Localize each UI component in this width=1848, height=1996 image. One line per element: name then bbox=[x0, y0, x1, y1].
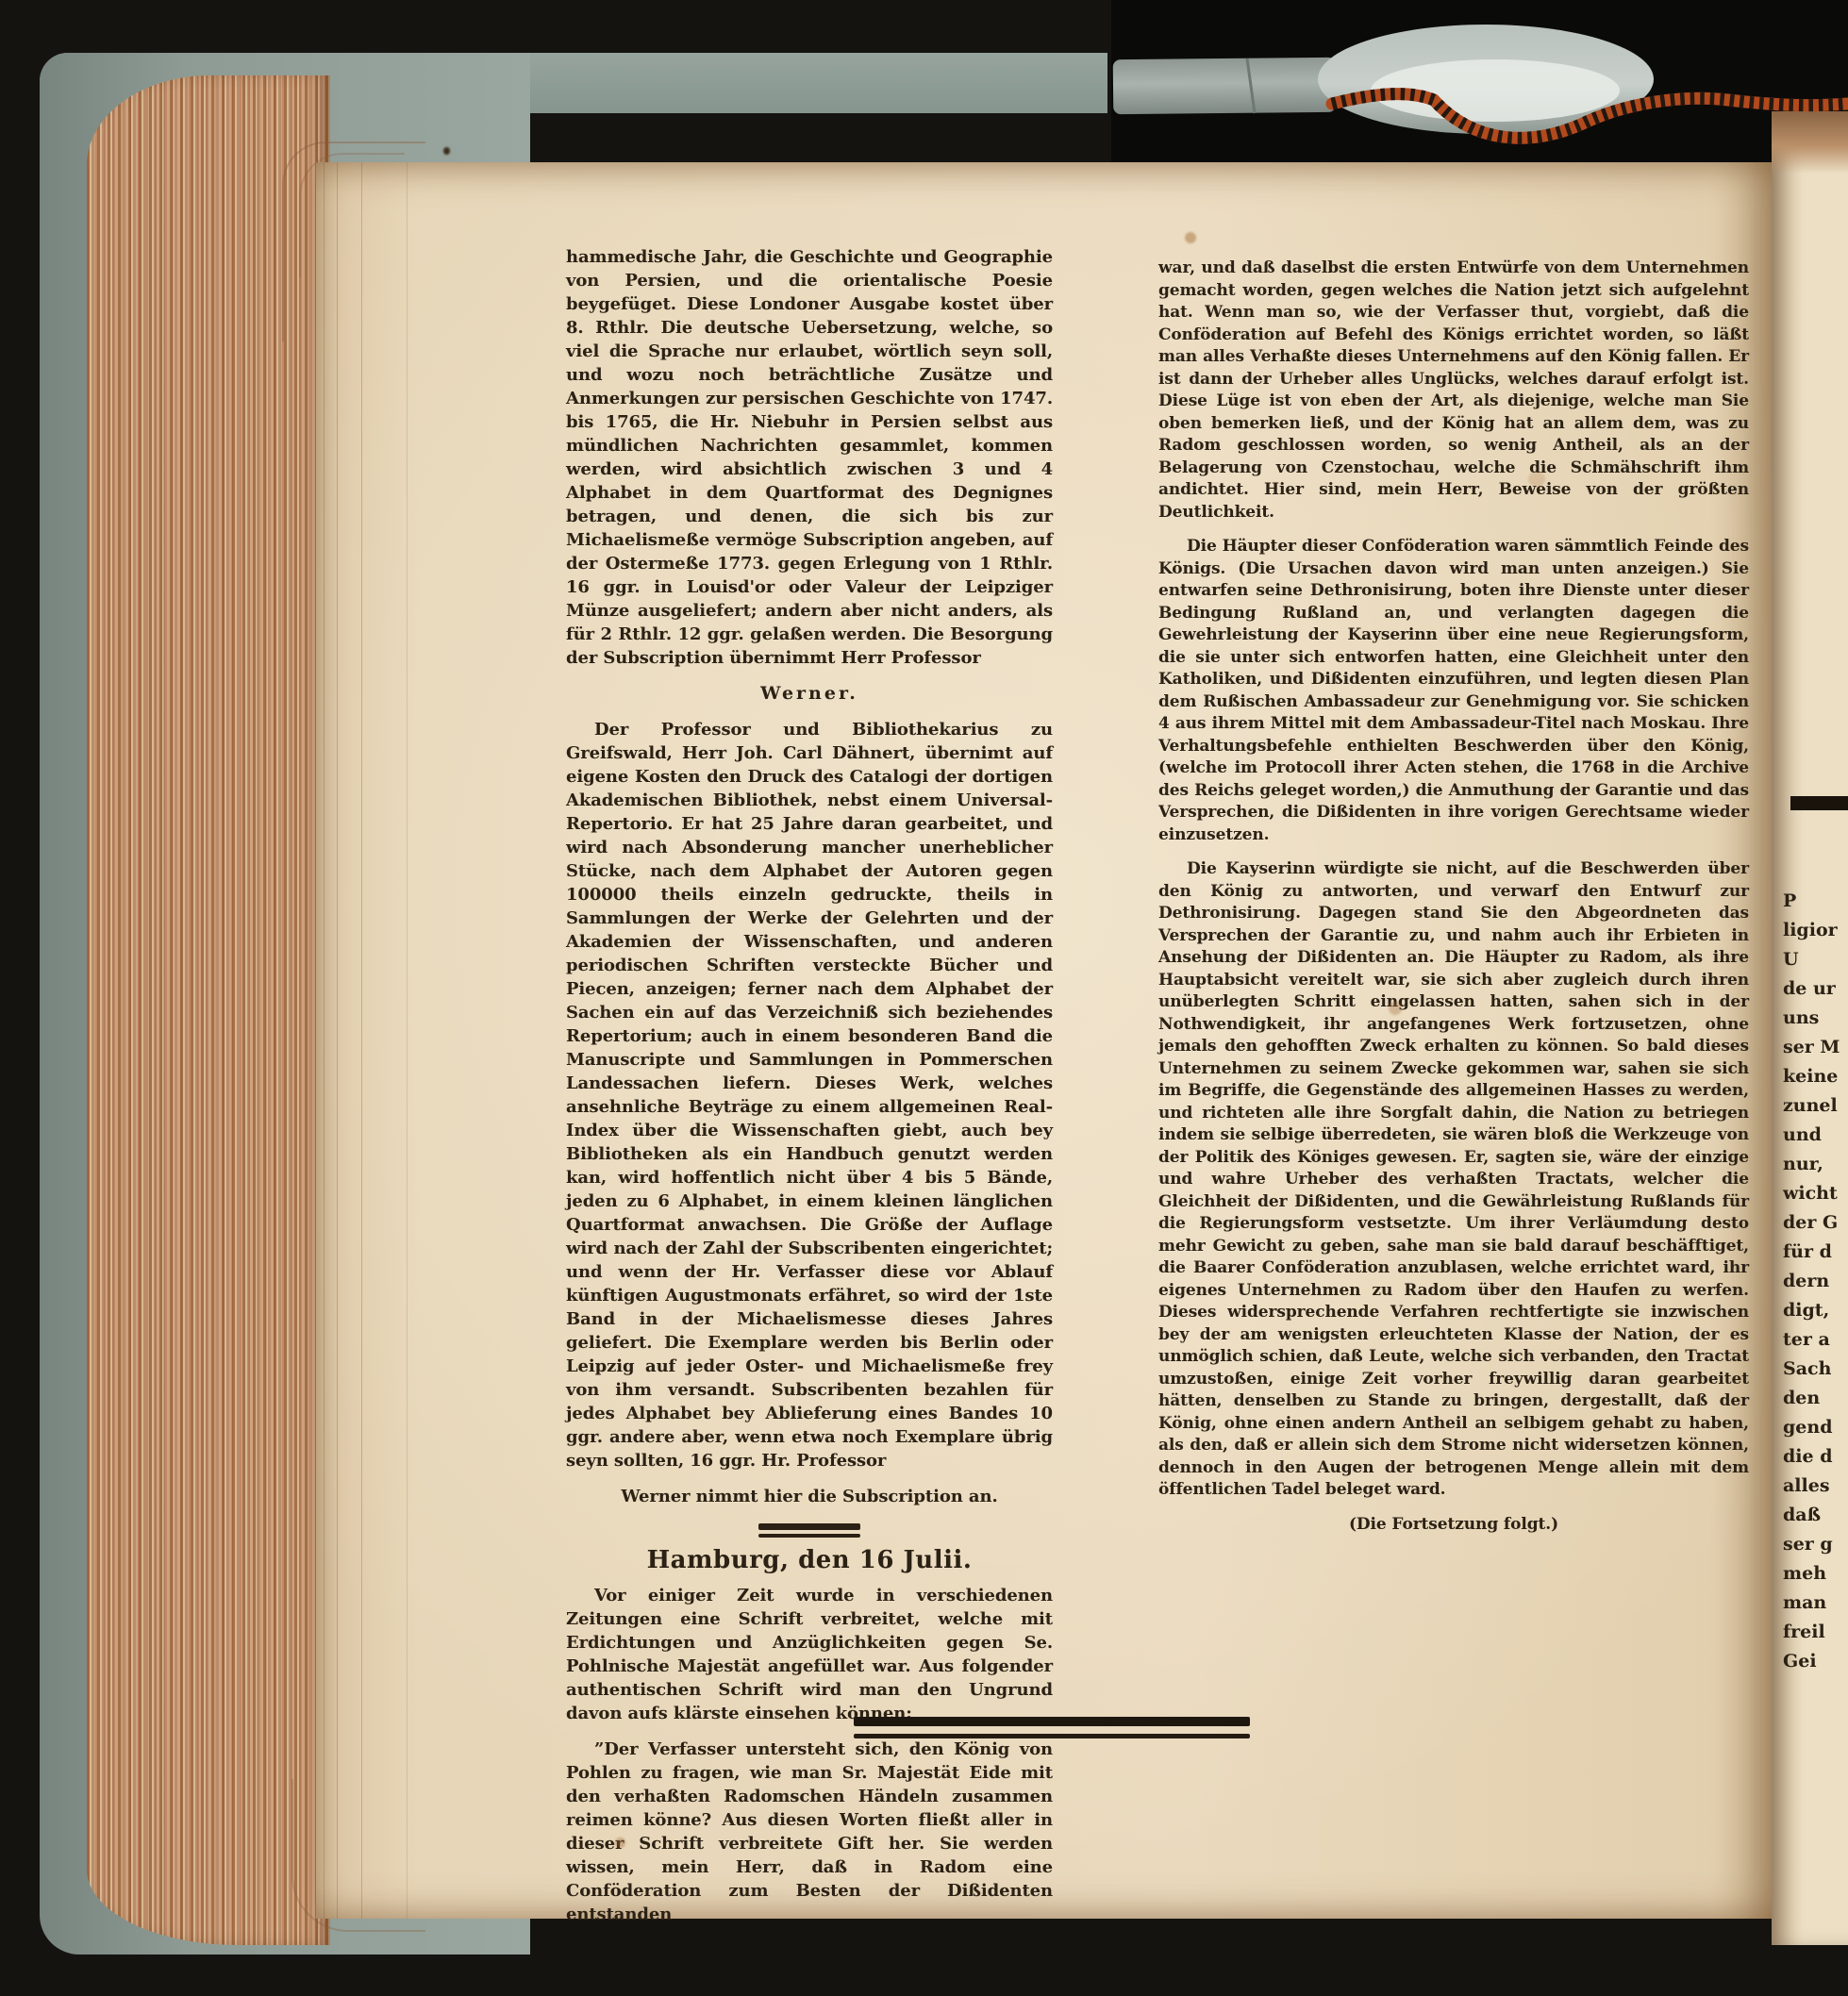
foxing-spot bbox=[1528, 472, 1545, 487]
paragraph-continuation: war, und daß daselbst die ersten Entwürf… bbox=[1158, 258, 1749, 524]
fragment-line: Gei bbox=[1783, 1647, 1848, 1676]
next-page-text-fragments: PligiorUde urunsser Mkeinezunelundnur,wi… bbox=[1783, 887, 1848, 1676]
fragment-line: ligior bbox=[1783, 916, 1848, 945]
fragment-line: Sach bbox=[1783, 1355, 1848, 1384]
fragment-line: keine bbox=[1783, 1062, 1848, 1091]
page-edge-line bbox=[324, 162, 325, 1919]
fragment-line: gend bbox=[1783, 1413, 1848, 1442]
page-corner-step bbox=[291, 1779, 425, 1932]
paragraph-hamburg-intro: Vor einiger Zeit wurde in verschiedenen … bbox=[566, 1584, 1053, 1725]
fragment-line: alles bbox=[1783, 1472, 1848, 1501]
page-corner-step bbox=[299, 153, 405, 277]
divider-bar bbox=[854, 1734, 1250, 1738]
fragment-line: daß bbox=[1783, 1501, 1848, 1530]
page-fore-edges bbox=[87, 75, 330, 1945]
fragment-line: der G bbox=[1783, 1208, 1848, 1238]
current-page: hammedische Jahr, die Geschichte und Geo… bbox=[316, 162, 1772, 1919]
page-edge-line bbox=[337, 162, 338, 1919]
fragment-line: man bbox=[1783, 1588, 1848, 1618]
fragment-line: zunel bbox=[1783, 1091, 1848, 1121]
paragraph-masthead-continuation: hammedische Jahr, die Geschichte und Geo… bbox=[566, 245, 1053, 670]
divider-bar bbox=[758, 1523, 860, 1530]
fragment-line: nur, bbox=[1783, 1150, 1848, 1179]
right-column: war, und daß daselbst die ersten Entwürf… bbox=[1158, 258, 1749, 1548]
paragraph-daehnert-catalog: Der Professor und Bibliothekarius zu Gre… bbox=[566, 718, 1053, 1472]
fragment-line: uns bbox=[1783, 1004, 1848, 1033]
section-divider bbox=[758, 1523, 860, 1538]
next-page-sliver: PligiorUde urunsser Mkeinezunelundnur,wi… bbox=[1772, 111, 1848, 1945]
paragraph-confederation: Die Häupter dieser Conföderation waren s… bbox=[1158, 536, 1749, 846]
signature-werner: Werner. bbox=[566, 682, 1053, 706]
foxing-spot bbox=[1389, 1002, 1402, 1015]
page-edge-line bbox=[361, 162, 362, 1919]
ink-fleck bbox=[443, 147, 450, 155]
continuation-note: (Die Fortsetzung folgt.) bbox=[1158, 1514, 1749, 1537]
divider-bar bbox=[854, 1717, 1250, 1726]
fragment-line: den bbox=[1783, 1384, 1848, 1413]
fragment-line: meh bbox=[1783, 1559, 1848, 1588]
next-page-rule bbox=[1790, 796, 1848, 810]
scanned-book-photo: PligiorUde urunsser Mkeinezunelundnur,wi… bbox=[0, 0, 1848, 1996]
fragment-line: dern bbox=[1783, 1267, 1848, 1296]
paragraph-quote-start: ”Der Verfasser untersteht sich, den Köni… bbox=[566, 1738, 1053, 1926]
dateline-heading: Hamburg, den 16 Julii. bbox=[566, 1549, 1053, 1572]
page-edge-line bbox=[407, 162, 408, 1919]
fragment-line: U bbox=[1783, 945, 1848, 974]
fragment-line: die d bbox=[1783, 1442, 1848, 1472]
fragment-line: freil bbox=[1783, 1618, 1848, 1647]
foxing-spot bbox=[615, 1838, 625, 1848]
divider-bar bbox=[758, 1534, 860, 1538]
left-column: hammedische Jahr, die Geschichte und Geo… bbox=[566, 245, 1053, 1938]
foxing-spot bbox=[1185, 232, 1196, 243]
paragraph-kayserinn: Die Kayserinn würdigte sie nicht, auf di… bbox=[1158, 858, 1749, 1502]
signature-werner-subscription: Werner nimmt hier die Subscription an. bbox=[566, 1485, 1053, 1508]
article-end-rule bbox=[854, 1717, 1250, 1738]
fragment-line: wicht bbox=[1783, 1179, 1848, 1208]
fragment-line: für d bbox=[1783, 1238, 1848, 1267]
fragment-line: digt, bbox=[1783, 1296, 1848, 1325]
fragment-line: ser M bbox=[1783, 1033, 1848, 1062]
fragment-line: P bbox=[1783, 887, 1848, 916]
fragment-line: ser g bbox=[1783, 1530, 1848, 1559]
fragment-line: ter a bbox=[1783, 1325, 1848, 1355]
fragment-line: de ur bbox=[1783, 974, 1848, 1004]
fragment-line: und bbox=[1783, 1121, 1848, 1150]
